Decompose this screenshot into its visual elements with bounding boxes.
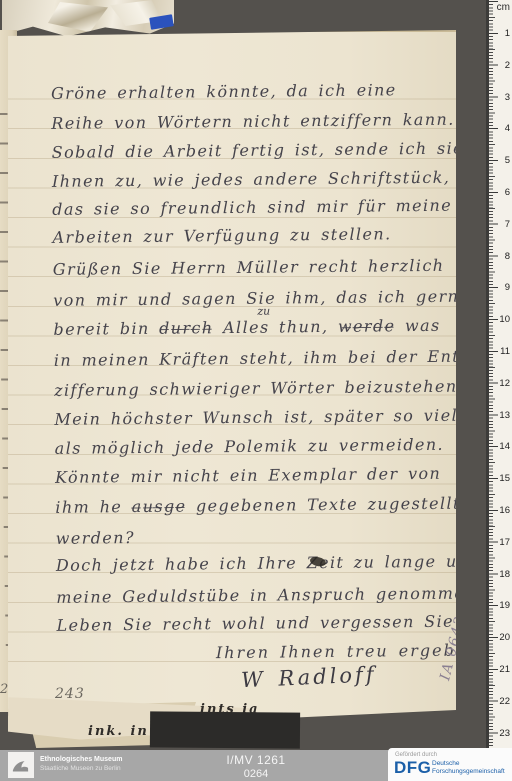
ruler-number: 10	[499, 314, 510, 325]
funder-name: Deutsche Forschungsgemeinschaft	[432, 760, 505, 776]
handwriting-line: Mein höchster Wunsch ist, später so viel	[54, 406, 458, 429]
funder-name-line1: Deutsche	[432, 760, 505, 768]
handwriting-line: das sie so freundlich sind mir für meine	[52, 196, 452, 219]
blue-paper-scrap	[149, 14, 174, 29]
ruler-cm-ticks	[489, 1, 498, 747]
handwriting-line: Ihren Ihnen treu ergeben	[216, 640, 480, 662]
handwriting-line: als möglich jede Polemik zu vermeiden.	[55, 435, 444, 458]
ruler-unit-label: cm	[497, 2, 510, 13]
ruler-number: 23	[499, 728, 510, 739]
wave-icon	[8, 752, 34, 778]
museum-name: Ethnologisches Museum	[40, 756, 122, 763]
ruler-number: 19	[499, 600, 510, 611]
ruler-number: 3	[505, 92, 510, 103]
letter-page: Gröne erhalten könnte, da ich eineReihe …	[8, 30, 456, 720]
document-identifiers: I/MV 1261 0264	[226, 753, 285, 780]
handwriting-line: in meinen Kräften steht, ihm bei der Ent	[54, 347, 460, 370]
handwriting-line: W Radloff	[241, 662, 377, 692]
museum-subtitle: Staatliche Museen zu Berlin	[40, 765, 121, 772]
ruler-number: 18	[499, 569, 510, 580]
ruler-number: 7	[505, 219, 510, 230]
ruler-number: 12	[499, 378, 510, 389]
funder-name-line2: Forschungsgemeinschaft	[432, 768, 505, 776]
ruler-number: 15	[499, 473, 510, 484]
crumpled-paper-scrap	[2, 0, 174, 38]
ruler-number: 4	[505, 123, 510, 134]
handwriting-line: von mir und sagen Sie ihm, das ich gern	[53, 287, 459, 310]
ruler-number: 6	[505, 187, 510, 198]
handwriting-block: Gröne erhalten könnte, da ich eineReihe …	[4, 30, 459, 723]
footer-bar: Ethnologisches Museum Staatliche Museen …	[0, 750, 512, 781]
handwriting-fragment: ink. in	[88, 724, 149, 739]
paper-fold	[48, 2, 108, 32]
handwriting-line: Doch jetzt habe ich Ihre Zeit zu lange u…	[56, 551, 481, 574]
ruler: cm 1234567891011121314151617181920212223	[486, 0, 512, 748]
scan-page-id: 0264	[226, 768, 285, 780]
ruler-number: 14	[499, 441, 510, 452]
dfg-logo: DFG	[394, 758, 431, 778]
ruler-number: 11	[500, 346, 510, 357]
handwriting-line: Sobald die Arbeit fertig ist, sende ich …	[52, 139, 465, 162]
archive-id: I/MV 1261	[226, 753, 285, 767]
handwriting-line: Könnte mir nicht ein Exemplar der von	[55, 464, 441, 487]
ruler-number: 22	[499, 696, 510, 707]
handwriting-line: zifferung schwieriger Wörter beizustehen…	[54, 377, 464, 400]
handwriting-line: Leben Sie recht wohl und vergessen Sie n…	[57, 611, 512, 635]
handwriting-fragment: ints ia	[200, 702, 260, 717]
underlying-page-number: 2	[0, 682, 8, 697]
handwriting-line: Arbeiten zur Verfügung zu stellen.	[52, 224, 391, 247]
handwriting-line: werden?	[56, 528, 135, 548]
handwriting-line: Reihe von Wörtern nicht entziffern kann.	[51, 110, 455, 133]
handwriting-line: Ihnen zu, wie jedes andere Schriftstück,	[52, 168, 450, 191]
ruler-number: 13	[499, 410, 510, 421]
ruler-number: 21	[499, 664, 510, 675]
ruler-number: 1	[505, 28, 510, 39]
handwriting-line: Gröne erhalten könnte, da ich eine	[51, 80, 397, 103]
interlinear-insertion: zu	[257, 305, 270, 318]
handwriting-line: bereit bin d̶u̶r̶c̶h̶ Alles thun, w̶e̶r̶…	[53, 316, 440, 339]
scan-viewer: { "colors": { "background": "#54514d", "…	[0, 0, 512, 781]
funder-badge: Gefördert durch DFG Deutsche Forschungsg…	[388, 748, 512, 781]
ruler-number: 5	[505, 155, 510, 166]
handwriting-line: Grüßen Sie Herrn Müller recht herzlich	[53, 256, 445, 279]
ruler-number: 9	[505, 282, 510, 293]
ruler-number: 8	[505, 251, 510, 262]
handwriting-line: meine Geduldstübe in Anspruch genommen.	[56, 583, 483, 606]
ruler-number: 17	[499, 537, 510, 548]
ruler-number: 16	[499, 505, 510, 516]
handwriting-line: ihm he a̶u̶s̶g̶e̶ gegebenen Texte zugest…	[55, 494, 461, 517]
museum-logo	[8, 752, 34, 778]
ruler-number: 2	[505, 60, 510, 71]
ruler-number: 20	[499, 632, 510, 643]
